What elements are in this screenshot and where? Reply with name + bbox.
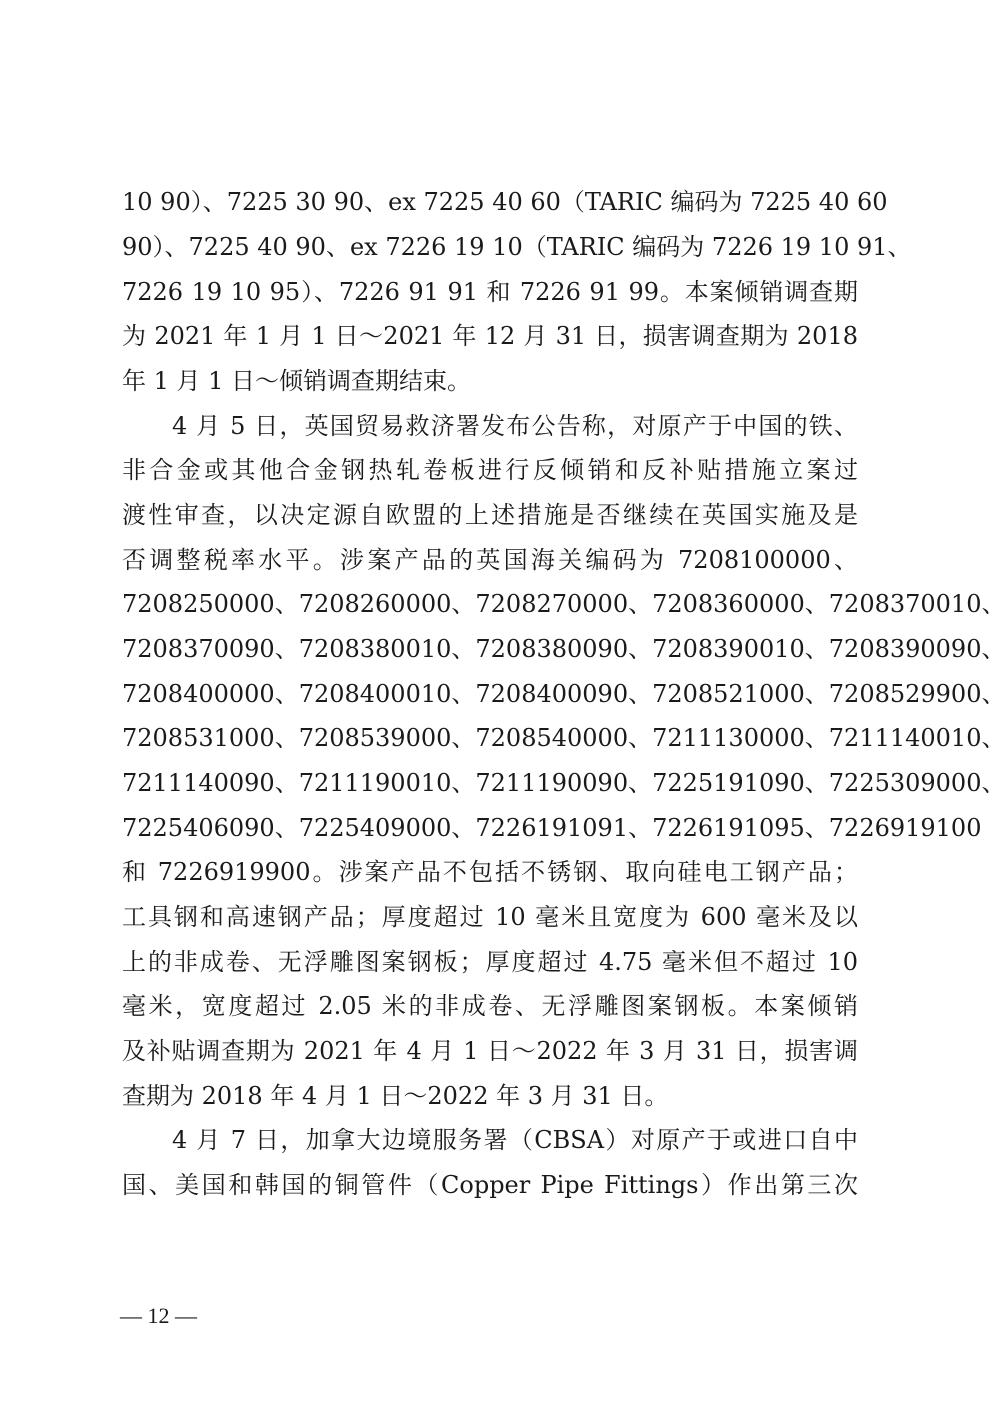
text-line: 及补贴调查期为 2021 年 4 月 1 日～2022 年 3 月 31 日，损… [122, 1035, 858, 1067]
text-line: 90）、7225 40 90、ex 7226 19 10（TARIC 编码为 7… [122, 231, 858, 263]
text-line: 10 90）、7225 30 90、ex 7225 40 60（TARIC 编码… [122, 186, 858, 218]
text-line: 7208370090、7208380010、7208380090、7208390… [122, 633, 858, 665]
text-line: 为 2021 年 1 月 1 日～2021 年 12 月 31 日，损害调查期为… [122, 320, 858, 352]
text-line: 和 7226919900。涉案产品不包括不锈钢、取向硅电工钢产品； [122, 856, 858, 888]
text-line: 否调整税率水平。涉案产品的英国海关编码为 7208100000、 [122, 544, 858, 576]
text-line: 工具钢和高速钢产品；厚度超过 10 毫米且宽度为 600 毫米及以 [122, 901, 858, 933]
text-line: 7208250000、7208260000、7208270000、7208360… [122, 588, 858, 620]
text-line: 7211140090、7211190010、7211190090、7225191… [122, 767, 858, 799]
text-line: 上的非成卷、无浮雕图案钢板；厚度超过 4.75 毫米但不超过 10 [122, 946, 858, 978]
text-line: 毫米，宽度超过 2.05 米的非成卷、无浮雕图案钢板。本案倾销 [122, 990, 858, 1022]
page-number: — 12 — [120, 1302, 197, 1330]
paragraph-first-line: 4 月 5 日，英国贸易救济署发布公告称，对原产于中国的铁、 [122, 410, 858, 442]
text-line: 非合金或其他合金钢热轧卷板进行反倾销和反补贴措施立案过 [122, 454, 858, 486]
text-line: 渡性审查，以决定源自欧盟的上述措施是否继续在英国实施及是 [122, 499, 858, 531]
paragraph-first-line: 4 月 7 日，加拿大边境服务署（CBSA）对原产于或进口自中 [122, 1124, 858, 1156]
document-page: 10 90）、7225 30 90、ex 7225 40 60（TARIC 编码… [0, 0, 991, 1402]
text-line: 查期为 2018 年 4 月 1 日～2022 年 3 月 31 日。 [122, 1080, 858, 1112]
text-line: 7208531000、7208539000、7208540000、7211130… [122, 722, 858, 754]
text-line: 年 1 月 1 日～倾销调查期结束。 [122, 365, 858, 397]
text-line: 7226 19 10 95）、7226 91 91 和 7226 91 99。本… [122, 276, 858, 308]
text-line: 7225406090、7225409000、7226191091、7226191… [122, 812, 858, 844]
text-line: 7208400000、7208400010、7208400090、7208521… [122, 678, 858, 710]
text-line: 国、美国和韩国的铜管件（Copper Pipe Fittings）作出第三次 [122, 1169, 858, 1201]
